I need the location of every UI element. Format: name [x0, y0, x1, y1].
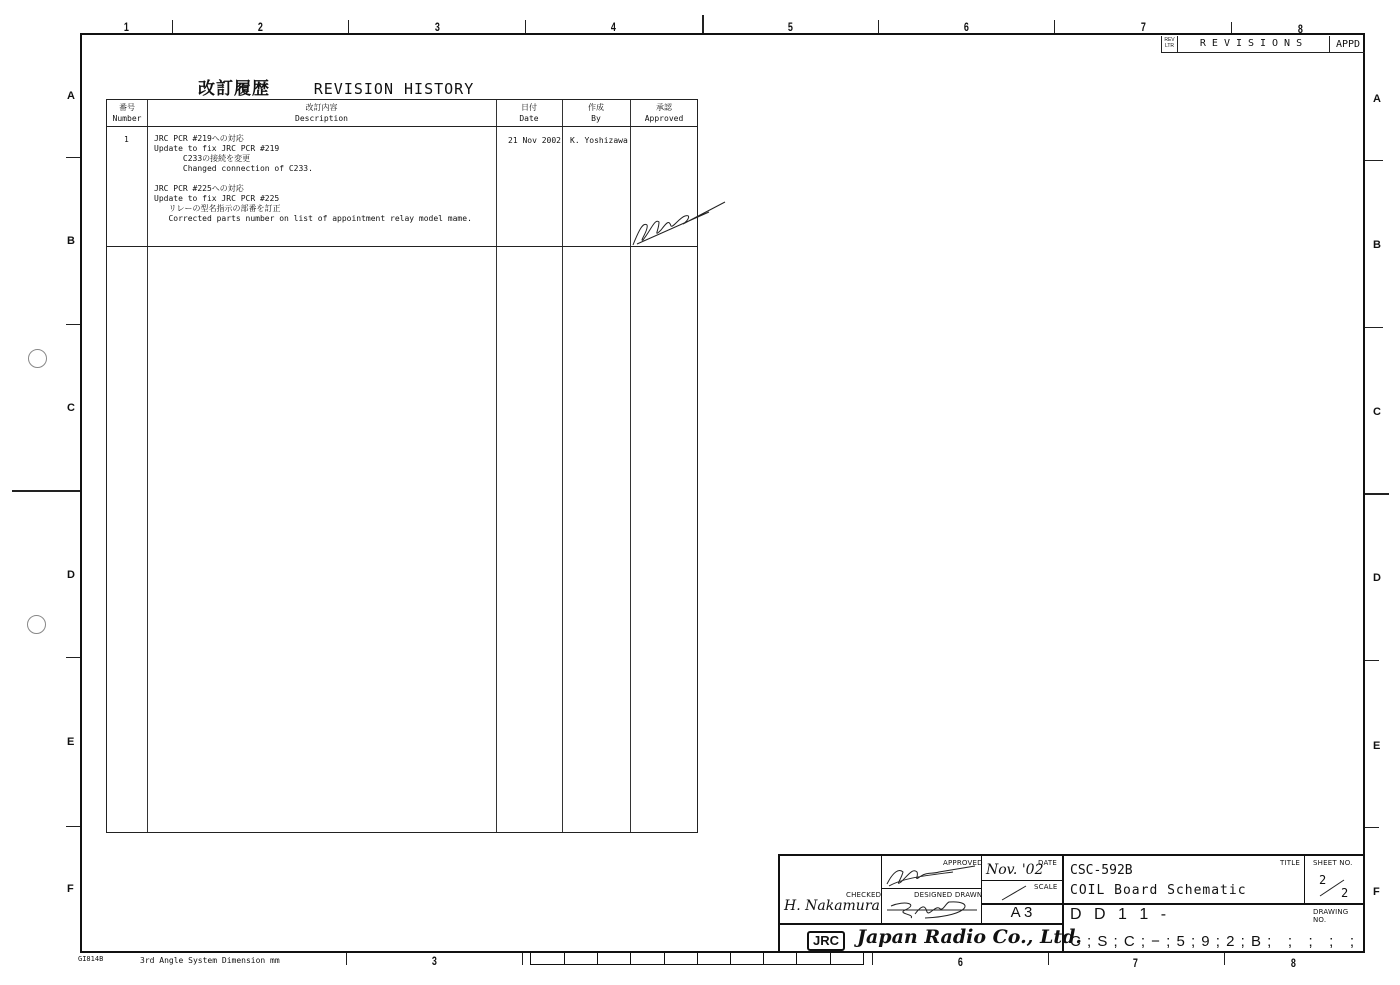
zone-number-top-1: 1 — [124, 20, 129, 34]
table-header: 番号 Number 改訂内容 Description 日付 Date 作成 By… — [107, 100, 697, 127]
title-line-1: CSC-592B — [1070, 863, 1133, 878]
drawing-number-line-1: D D 1 1 - — [1070, 906, 1170, 924]
scale-tick — [522, 953, 523, 965]
drawing-no-label: DRAWING NO. — [1313, 908, 1363, 924]
date-value: Nov. '02 — [986, 862, 1044, 878]
header-jp: 作成 — [562, 102, 630, 113]
zone-letter-right-c: C — [1373, 406, 1381, 418]
sheet-slash-icon — [1318, 878, 1348, 898]
punch-hole — [27, 615, 46, 634]
header-jp: 改訂内容 — [147, 102, 496, 113]
title-block: APPROVED DATE Nov. '02 SCALE A 3 CHECKED… — [778, 854, 1365, 953]
column-divider — [562, 100, 563, 832]
column-divider — [496, 100, 497, 832]
rev-ltr-label: REV LTR — [1161, 36, 1178, 52]
zone-letter-left-d: D — [67, 569, 75, 581]
sheet-no-label: SHEET NO. — [1313, 859, 1353, 867]
zone-tick — [1365, 160, 1383, 161]
row-number: 1 — [124, 135, 129, 144]
zone-tick — [172, 20, 173, 33]
zone-tick — [348, 20, 349, 33]
row-date: 21 Nov 2002 — [508, 136, 561, 145]
scale-div — [564, 953, 565, 964]
designed-signature-icon — [885, 896, 980, 922]
header-number: 番号 Number — [107, 100, 147, 128]
zone-letter-right-b: B — [1373, 239, 1381, 251]
projection-note: 3rd Angle System Dimension mm — [140, 956, 280, 965]
zone-tick — [66, 157, 80, 158]
revision-history-title: 改訂履歴 REVISION HISTORY — [198, 74, 474, 99]
zone-tick — [1365, 827, 1379, 828]
zone-tick — [1054, 20, 1055, 33]
zone-tick — [1365, 660, 1379, 661]
zone-letter-right-f: F — [1373, 886, 1380, 898]
zone-number-top-7: 7 — [1141, 20, 1146, 34]
row-description: JRC PCR #219への対応 Update to fix JRC PCR #… — [154, 134, 472, 224]
scale-div — [664, 953, 665, 964]
title-en: REVISION HISTORY — [314, 80, 475, 98]
checked-signature: H. Nakamura — [784, 898, 880, 914]
header-en: Date — [496, 113, 562, 124]
zone-tick — [1048, 953, 1049, 965]
header-en: By — [562, 113, 630, 124]
scale-label: SCALE — [1034, 883, 1057, 891]
title-jp: 改訂履歴 — [198, 79, 270, 98]
scale-div — [630, 953, 631, 964]
zone-tick-center — [702, 15, 704, 33]
scale-div — [697, 953, 698, 964]
zone-tick — [66, 826, 80, 827]
scale-tick — [872, 953, 873, 965]
jrc-logo: JRC — [807, 931, 845, 951]
approved-signature-icon — [883, 862, 978, 888]
revision-history-table: 番号 Number 改訂内容 Description 日付 Date 作成 By… — [106, 99, 698, 833]
header-jp: 番号 — [107, 102, 147, 113]
scale-div — [763, 953, 764, 964]
header-jp: 日付 — [496, 102, 562, 113]
header-jp: 承認 — [630, 102, 698, 113]
zone-letter-right-e: E — [1373, 740, 1380, 752]
zone-tick — [878, 20, 879, 33]
zone-number-top-6: 6 — [964, 20, 969, 34]
zone-tick — [525, 20, 526, 33]
zone-tick — [66, 324, 80, 325]
appd-label: APPD — [1329, 36, 1366, 52]
zone-letter-left-b: B — [67, 235, 75, 247]
grid-line — [881, 888, 981, 889]
grid-line — [780, 923, 1062, 925]
zone-tick — [66, 657, 80, 658]
column-divider — [147, 100, 148, 832]
zone-letter-left-f: F — [67, 883, 74, 895]
grid-line — [981, 880, 1062, 881]
title-line-2: COIL Board Schematic — [1070, 883, 1247, 898]
zone-letter-left-e: E — [67, 736, 74, 748]
drawing-number-line-2: C ; S ; C ; − ; 5 ; 9 ; 2 ; B ; ; ; ; ; — [1070, 933, 1355, 950]
punch-hole — [28, 349, 47, 368]
zone-number-top-2: 2 — [258, 20, 263, 34]
zone-number-top-4: 4 — [611, 20, 616, 34]
zone-tick — [1231, 22, 1232, 33]
zone-number-top-5: 5 — [788, 20, 793, 34]
zone-tick — [1224, 953, 1225, 965]
zone-number-bottom-7: 7 — [1133, 956, 1138, 970]
zone-number-bottom-3: 3 — [432, 954, 437, 968]
zone-number-bottom-6: 6 — [958, 955, 963, 969]
zone-number-top-3: 3 — [435, 20, 440, 34]
scale-div — [597, 953, 598, 964]
scale-div — [830, 953, 831, 964]
zone-letter-right-d: D — [1373, 572, 1381, 584]
zone-letter-right-a: A — [1373, 93, 1381, 105]
row-divider — [107, 246, 697, 247]
paper-size: A 3 — [981, 904, 1062, 921]
scale-slash-icon — [1000, 884, 1030, 902]
header-date: 日付 Date — [496, 100, 562, 128]
zone-tick-center — [12, 490, 80, 492]
form-code: GI814B — [78, 955, 103, 963]
scale-div — [796, 953, 797, 964]
scale-bar — [530, 953, 864, 965]
header-by: 作成 By — [562, 100, 630, 128]
zone-tick-center — [1365, 493, 1389, 495]
zone-letter-left-a: A — [67, 90, 75, 102]
row-by: K. Yoshizawa — [570, 136, 628, 145]
zone-tick — [1365, 327, 1383, 328]
grid-line — [1304, 856, 1305, 903]
company-name: Japan Radio Co., Ltd. — [857, 926, 1082, 948]
grid-line — [881, 856, 882, 924]
revisions-block: REV LTR REVISIONS APPD — [1161, 36, 1365, 53]
header-en: Number — [107, 113, 147, 124]
approval-signature-icon — [629, 200, 729, 250]
grid-line — [1062, 903, 1365, 905]
zone-tick — [346, 953, 347, 965]
scale-div — [730, 953, 731, 964]
header-en: Description — [147, 113, 496, 124]
zone-number-bottom-8: 8 — [1291, 956, 1296, 970]
zone-letter-left-c: C — [67, 402, 75, 414]
header-en: Approved — [630, 113, 698, 124]
header-approved: 承認 Approved — [630, 100, 698, 128]
revisions-label: REVISIONS — [1179, 38, 1329, 49]
header-description: 改訂内容 Description — [147, 100, 496, 128]
title-label: TITLE — [1280, 859, 1300, 867]
